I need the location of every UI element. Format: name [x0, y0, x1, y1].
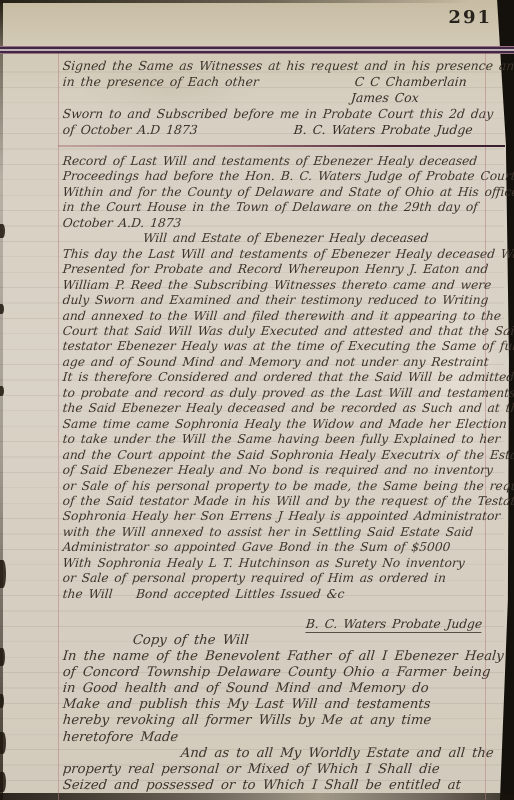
handwritten-line: It is therefore Considered and ordered t…	[62, 370, 509, 385]
page-edge-top	[0, 0, 470, 3]
handwritten-line: property real personal or Mixed of Which…	[62, 762, 509, 778]
will-copy-lines: property real personal or Mixed of Which…	[62, 762, 508, 794]
handwritten-line: Signed the Same as Witnesses at his requ…	[62, 58, 499, 74]
handwritten-line: Sophronia Healy her Son Errens J Healy i…	[62, 509, 509, 524]
will-copy-lines: In the name of the Benevolent Father of …	[62, 649, 508, 746]
handwritten-line: October A.D. 1873	[62, 216, 509, 231]
judge-signature: B. C. Waters Probate Judge	[305, 618, 483, 634]
handwritten-line: age and of Sound Mind and Memory and not…	[62, 355, 509, 370]
binding-mark	[0, 732, 6, 754]
handwritten-line: Proceedings had before the Hon. B. C. Wa…	[62, 169, 509, 184]
handwritten-line: to take under the Will the Same having b…	[62, 432, 509, 447]
binding-mark	[0, 224, 5, 238]
handwritten-line: testator Ebenezer Healy was at the time …	[62, 339, 509, 354]
binding-mark	[0, 648, 5, 666]
handwritten-line: And as to all My Worldly Estate and all …	[180, 746, 509, 762]
binding-mark	[0, 772, 6, 792]
handwritten-line: In the name of the Benevolent Father of …	[62, 649, 509, 665]
handwritten-line: hereby revoking all former Wills by Me a…	[62, 713, 509, 729]
binding-mark	[0, 560, 6, 588]
handwritten-text: of October A.D 1873	[62, 122, 198, 138]
binding-mark	[0, 304, 4, 314]
handwritten-line: the Will Bond accepted Littles Issued &c	[62, 587, 509, 602]
handwritten-line: in the Court House in the Town of Delawa…	[62, 200, 509, 215]
handwritten-line: or Sale of his personal property to be m…	[62, 479, 509, 494]
top-double-rule	[0, 46, 514, 54]
handwritten-line: Within and for the County of Delaware an…	[62, 185, 509, 200]
handwritten-line: of Said Ebenezer Healy and No bond is re…	[62, 463, 509, 478]
ledger-page: 291 Signed the Same as Witnesses at his …	[0, 0, 514, 800]
handwritten-line: in the presence of Each other C C Chambe…	[62, 74, 499, 90]
handwritten-line: This day the Last Will and testaments of…	[62, 247, 509, 262]
handwritten-line: or Sale of personal property required of…	[62, 571, 509, 586]
witness-signature: C C Chamberlain	[354, 74, 467, 90]
handwritten-line: Administrator so appointed Gave Bond in …	[62, 540, 509, 555]
will-copy-section: Copy of the Will In the name of the Bene…	[62, 633, 508, 794]
handwritten-line: Sworn to and Subscribed before me in Pro…	[62, 106, 499, 122]
page-edge-left	[0, 0, 3, 800]
handwritten-line: Record of Last Will and testaments of Eb…	[62, 154, 509, 169]
page-number: 291	[448, 7, 492, 28]
handwritten-line: and the Court appoint the Said Sophronia…	[62, 448, 509, 463]
record-section: Record of Last Will and testaments of Eb…	[62, 154, 508, 649]
left-margin-line	[58, 54, 59, 800]
handwritten-line: With Sophronia Healy L T. Hutchinson as …	[62, 556, 509, 571]
handwritten-line: heretofore Made	[62, 730, 509, 746]
handwritten-line: Make and publish this My Last Will and t…	[62, 697, 509, 713]
handwritten-line: in Good health and of Sound Mind and Mem…	[62, 681, 509, 697]
judge-signature: B. C. Waters Probate Judge	[293, 122, 473, 138]
handwritten-line: of October A.D 1873 B. C. Waters Probate…	[62, 122, 499, 138]
handwritten-line: Presented for Probate and Record Whereup…	[62, 262, 509, 277]
record-intro-lines: Record of Last Will and testaments of Eb…	[62, 154, 508, 231]
handwritten-line: Seized and possessed or to Which I Shall…	[62, 778, 509, 794]
binding-mark	[0, 386, 4, 396]
handwritten-text: in the presence of Each other	[62, 74, 260, 90]
record-body-lines: This day the Last Will and testaments of…	[62, 247, 508, 602]
handwritten-line: William P. Reed the Subscribing Witnesse…	[62, 278, 509, 293]
section-heading: Will and Estate of Ebenezer Healy deceas…	[62, 231, 509, 246]
handwritten-line: Court that Said Will Was duly Executed a…	[62, 324, 509, 339]
handwritten-line: to probate and record as duly proved as …	[62, 386, 509, 401]
handwritten-line: with the Will annexed to assist her in S…	[62, 525, 509, 540]
attestation-section: Signed the Same as Witnesses at his requ…	[62, 58, 498, 138]
section-separator-line	[58, 145, 505, 147]
handwritten-line: James Cox	[62, 90, 499, 106]
binding-mark	[0, 694, 4, 708]
handwritten-line: of the Said testator Made in his Will an…	[62, 494, 509, 509]
section-heading: Copy of the Will	[132, 633, 509, 649]
handwritten-line: the Said Ebenezer Healy deceased and be …	[62, 401, 509, 416]
handwritten-line: and annexed to the Will and filed therew…	[62, 309, 509, 324]
handwritten-line: duly Sworn and Examined and their testim…	[62, 293, 509, 308]
handwritten-line: of Concord Township Delaware County Ohio…	[62, 665, 509, 681]
handwritten-line: Same time came Sophronia Healy the Widow…	[62, 417, 509, 432]
witness-signature: James Cox	[350, 90, 419, 106]
